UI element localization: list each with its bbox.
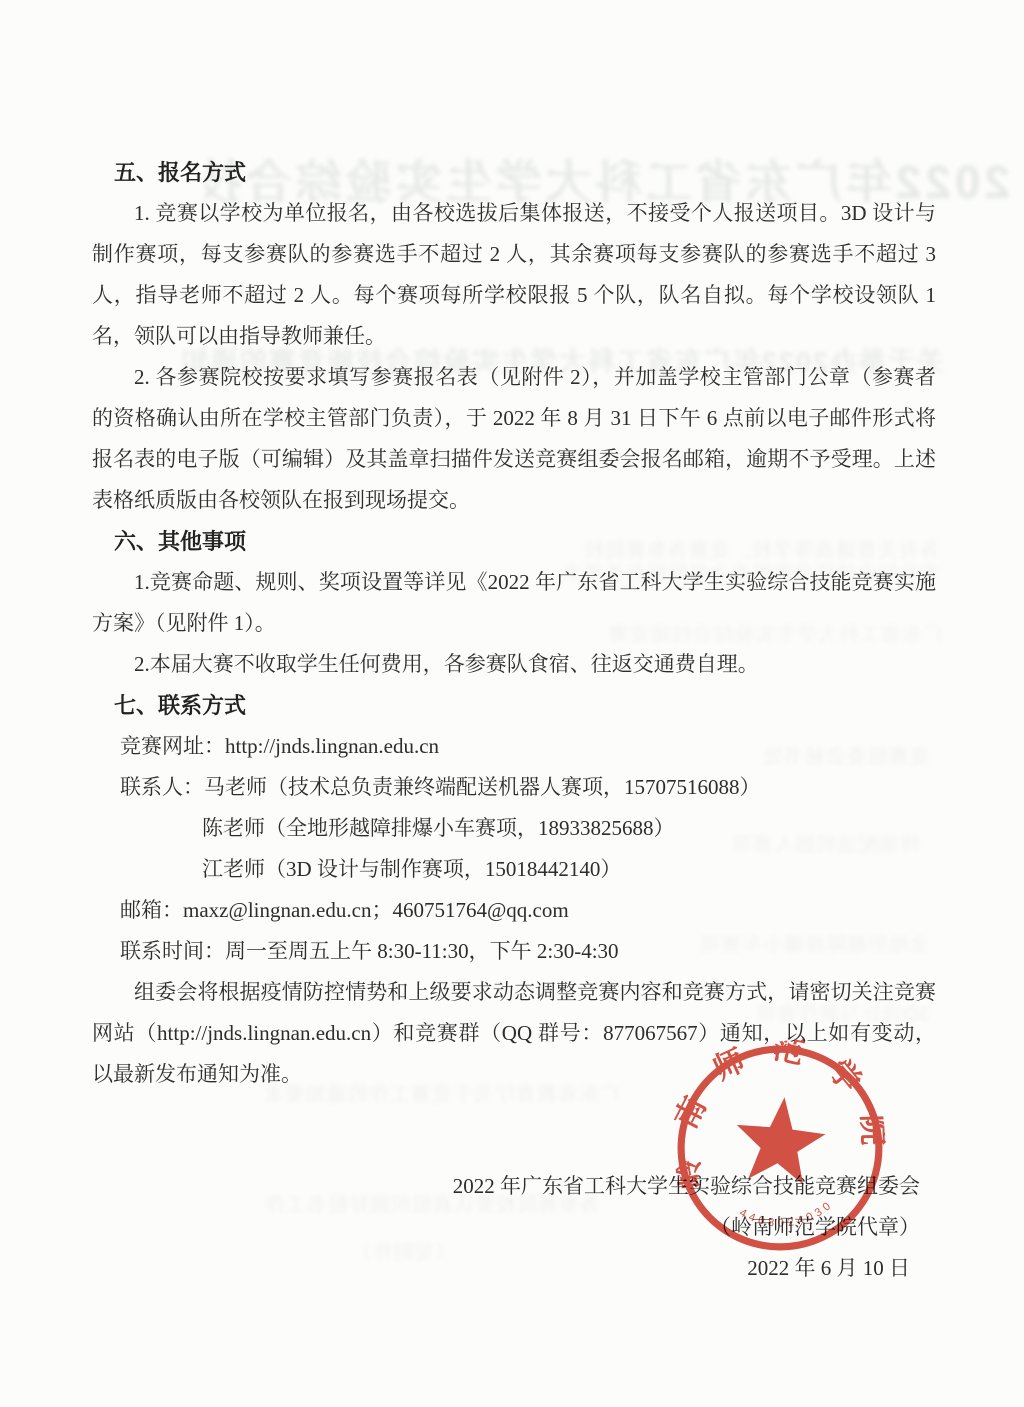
- seal-graphic: 岭南师范学院 4408024030: [664, 1032, 897, 1265]
- section-5-paragraph-2: 2. 各参赛院校按要求填写参赛报名表（见附件 2），并加盖学校主管部门公章（参赛…: [92, 357, 936, 521]
- section-6-paragraph-2: 2.本届大赛不收取学生任何费用，各参赛队食宿、往返交通费自理。: [92, 644, 936, 685]
- svg-text:4408024030: 4408024030: [736, 1197, 838, 1234]
- section-7-heading: 七、联系方式: [114, 685, 936, 726]
- seal-star-icon: [734, 1093, 830, 1190]
- contact-email-line: 邮箱：maxz@lingnan.edu.cn；460751764@qq.com: [120, 890, 936, 931]
- seal-serial-number: 4408024030: [736, 1197, 838, 1234]
- contact-person-line-2: 陈老师（全地形越障排爆小车赛项，18933825688）: [202, 808, 936, 849]
- section-6-paragraph-1: 1.竞赛命题、规则、奖项设置等详见《2022 年广东省工科大学生实验综合技能竞赛…: [92, 562, 936, 644]
- section-6-heading: 六、其他事项: [114, 521, 936, 562]
- bleedthrough-text: （见附件）: [255, 1236, 455, 1265]
- section-5-heading: 五、报名方式: [114, 152, 936, 193]
- contact-person-line-1: 联系人：马老师（技术总负责兼终端配送机器人赛项，15707516088）: [120, 767, 936, 808]
- contact-person-line-3: 江老师（3D 设计与制作赛项，15018442140）: [202, 849, 936, 890]
- contact-hours-line: 联系时间：周一至周五上午 8:30-11:30，下午 2:30-4:30: [120, 931, 936, 972]
- document-body: 五、报名方式 1. 竞赛以学校为单位报名，由各校选拔后集体报送，不接受个人报送项…: [92, 152, 936, 1095]
- section-5-paragraph-1: 1. 竞赛以学校为单位报名，由各校选拔后集体报送，不接受个人报送项目。3D 设计…: [92, 193, 936, 357]
- competition-website-line: 竞赛网址：http://jnds.lingnan.edu.cn: [120, 726, 936, 767]
- official-seal-stamp: 岭南师范学院 4408024030: [664, 1032, 897, 1265]
